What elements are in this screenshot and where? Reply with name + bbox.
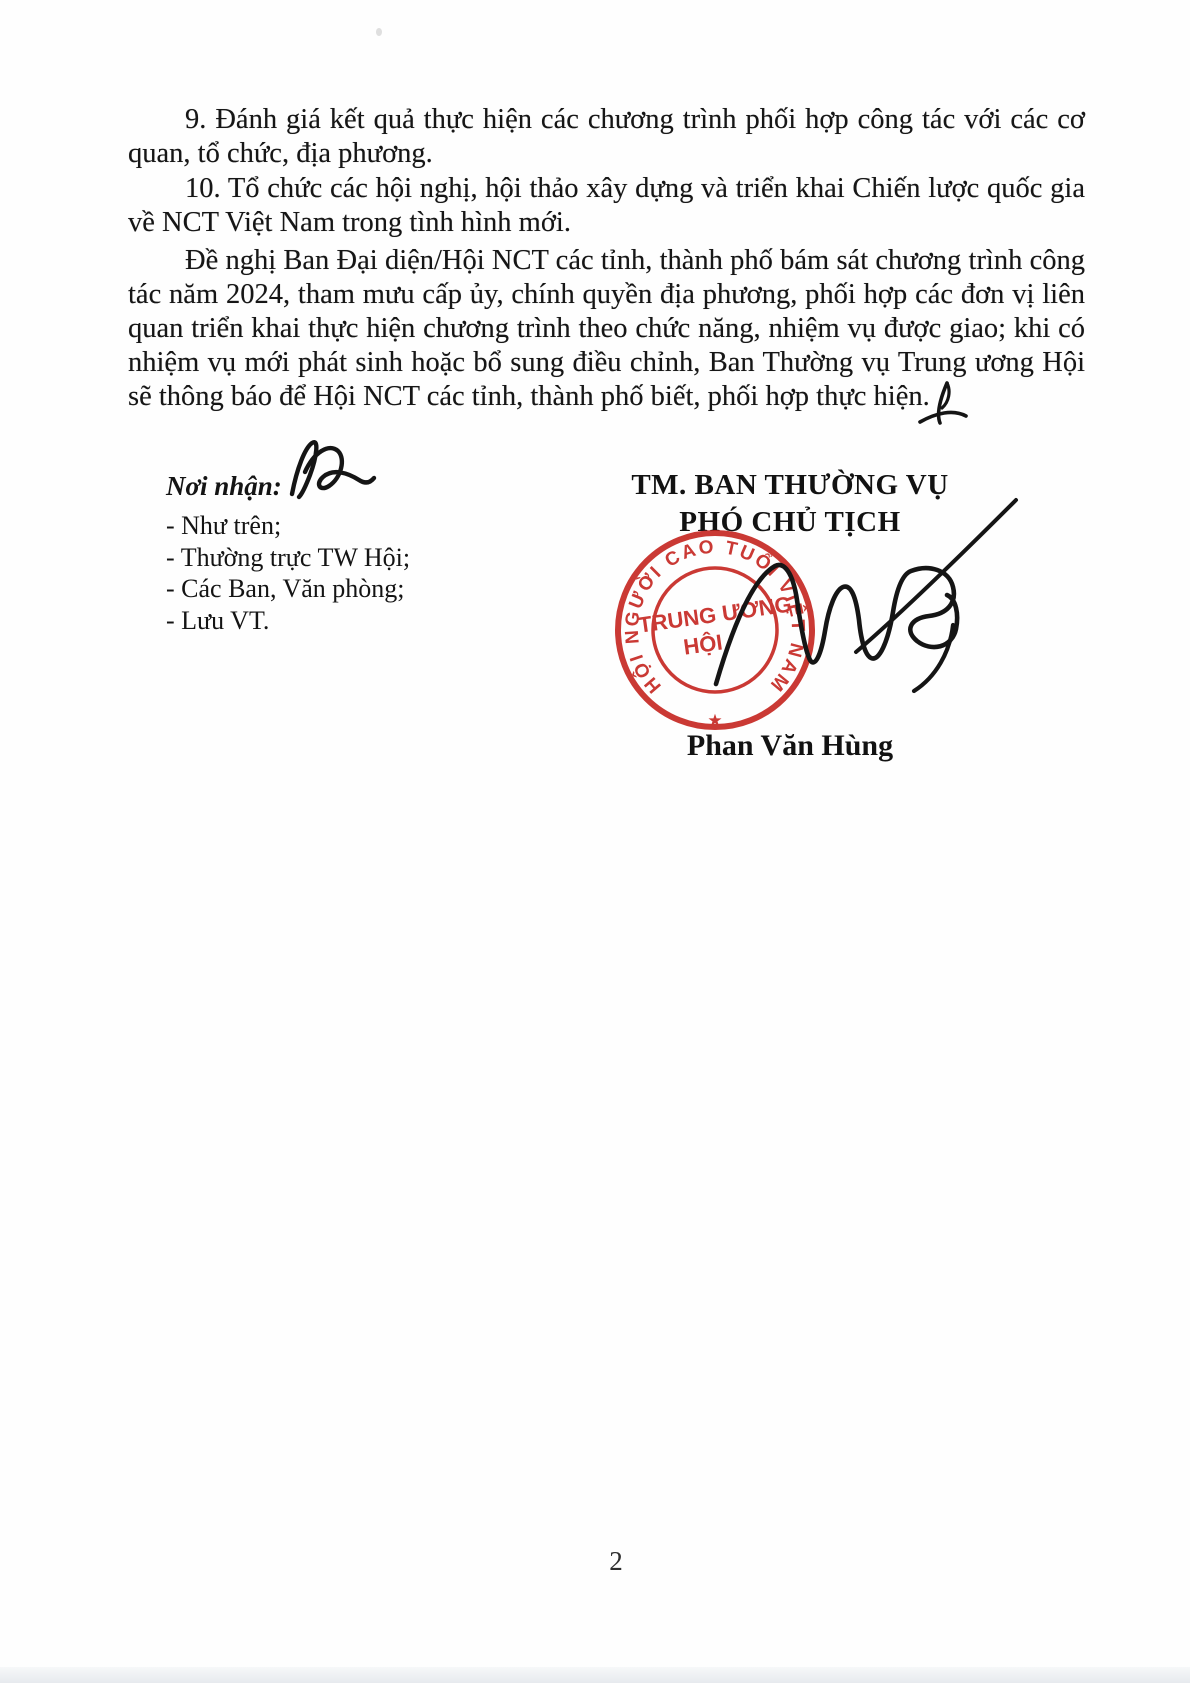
recipients-list: - Như trên; - Thường trực TW Hội; - Các … [166, 510, 496, 636]
recipient-item: - Thường trực TW Hội; [166, 542, 496, 574]
handwritten-signature [690, 478, 1035, 706]
handwritten-initials-mark [270, 430, 380, 504]
page-number: 2 [596, 1546, 636, 1577]
body-text: 9. Đánh giá kết quả thực hiện các chương… [128, 103, 1085, 414]
paragraph-line: Đề nghị Ban Đại diện/Hội NCT các tỉnh, t… [128, 244, 1085, 278]
scan-edge-band [0, 1667, 1190, 1683]
signer-name: Phan Văn Hùng [575, 729, 1005, 763]
paragraph-line: tác năm 2024, tham mưu cấp ủy, chính quy… [128, 278, 1085, 312]
paragraph-line: nhiệm vụ mới phát sinh hoặc bổ sung điều… [128, 346, 1085, 380]
recipient-item: - Lưu VT. [166, 605, 496, 637]
paragraph-line: quan, tổ chức, địa phương. [128, 137, 1085, 171]
paragraph-line: về NCT Việt Nam trong tình hình mới. [128, 206, 1085, 240]
stamp-star-icon: ★ [707, 711, 722, 730]
scan-speck [376, 28, 382, 36]
paragraph-10: 10. Tổ chức các hội nghị, hội thảo xây d… [128, 172, 1085, 240]
recipient-item: - Như trên; [166, 510, 496, 542]
recipient-item: - Các Ban, Văn phòng; [166, 573, 496, 605]
document-page: 9. Đánh giá kết quả thực hiện các chương… [0, 0, 1190, 1683]
paragraph-line: 9. Đánh giá kết quả thực hiện các chương… [128, 103, 1085, 137]
paragraph-line: 10. Tổ chức các hội nghị, hội thảo xây d… [128, 172, 1085, 206]
paragraph-line: quan triển khai thực hiện chương trình t… [128, 312, 1085, 346]
paragraph-9: 9. Đánh giá kết quả thực hiện các chương… [128, 103, 1085, 171]
handwritten-paraph-mark [910, 376, 972, 430]
